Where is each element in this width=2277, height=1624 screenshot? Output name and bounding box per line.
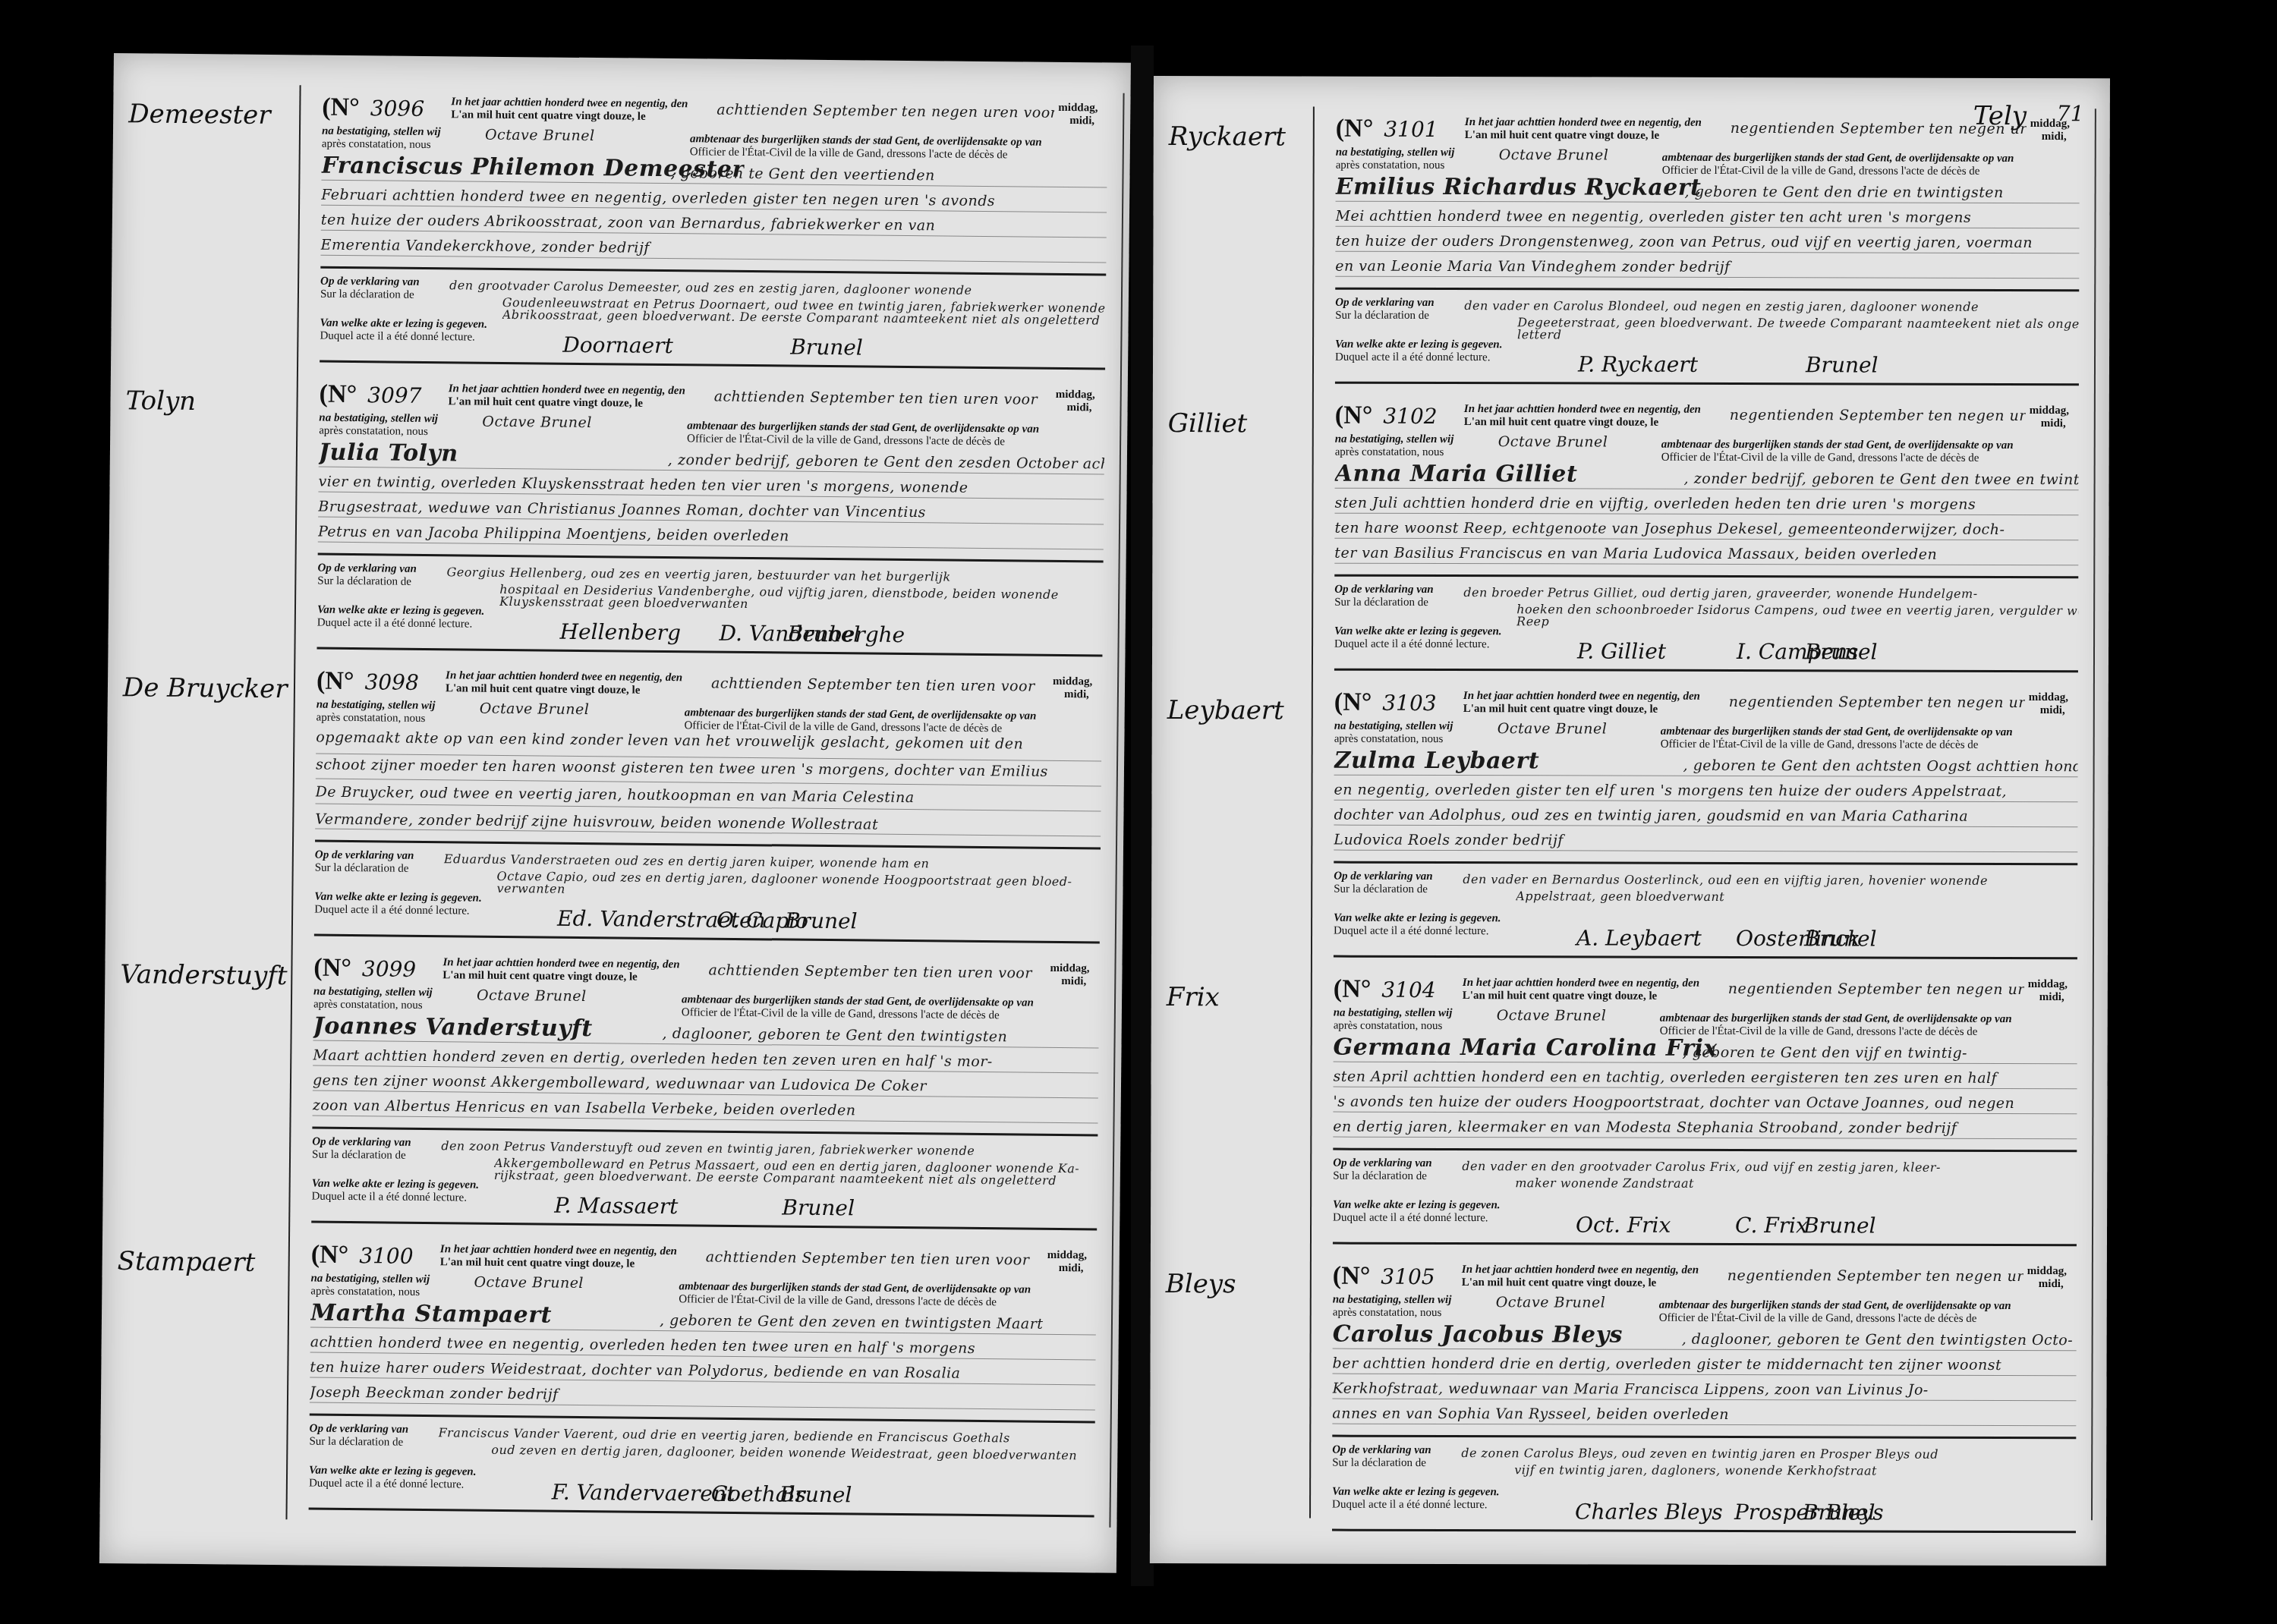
declarants: den zoon Petrus Vanderstuyft oud zeven e… (314, 946, 1107, 954)
after-nl: na bestatiging, stellen wij (319, 412, 438, 426)
read-fr: Duquel acte il a été donné lecture. (317, 617, 473, 631)
decl-nl: Op de verklaring van (315, 849, 414, 863)
declarant-signature: P. Gilliet (1577, 638, 1666, 663)
act-date: negentienden September ten negen uren vo… (1730, 407, 2026, 424)
after-fr: après constatation, nous (319, 425, 428, 439)
declarant-line: letterd (1517, 327, 2079, 343)
decl-nl: Op de verklaring van (1334, 584, 1433, 596)
margin-surname: Stampaert (118, 1246, 256, 1278)
intro-fr: L'an mil huit cent quatre vingt douze, l… (451, 109, 646, 123)
noon-fr: midi, (2039, 991, 2064, 1004)
declarant-line: vijf en twintig jaren, dagloners, wonend… (1514, 1462, 2076, 1478)
after-nl: na bestatiging, stellen wij (317, 699, 436, 713)
ruled-line (1333, 1137, 2077, 1140)
act-number: (N°3102 (1335, 401, 1438, 430)
act-number: (N°3097 (320, 380, 422, 410)
officer-name: Octave Brunel (1499, 146, 1609, 163)
officer-nl: ambtenaar des burgerlijken stands der st… (1661, 439, 2014, 452)
after-fr: après constatation, nous (322, 138, 431, 152)
body-line: ten huize harer ouders Weidestraat, doch… (310, 1359, 1095, 1383)
after-fr: après constatation, nous (317, 712, 426, 725)
officer-signature: Brunel (788, 622, 861, 647)
death-act: De Bruycker (N°3098 In het jaar achttien… (106, 657, 1125, 948)
officer-signature: Brunel (1805, 639, 1878, 664)
body-line: , geboren te Gent den zeven en twintigst… (660, 1312, 1096, 1333)
death-act: Bleys (N°3105 In het jaar achttien honde… (1150, 1254, 2107, 1537)
body-line: Joseph Beeckman zonder bedrijf (310, 1384, 1095, 1408)
noon-fr: midi, (2041, 417, 2066, 430)
section-rule (318, 553, 1104, 563)
act-number: (N°3100 (311, 1241, 414, 1270)
declarants: Georgius Hellenberg, oud zes en veertig … (320, 373, 1113, 380)
ruled-line (1334, 1062, 2077, 1065)
body-line: Emerentia Vandekerckhove, zonder bedrijf (320, 237, 1106, 261)
decl-fr: Sur la déclaration de (1334, 596, 1428, 609)
read-fr: Duquel acte il a été donné lecture. (1333, 1212, 1488, 1226)
signatures: Ed. VanderstraetenO. CapioBrunel (317, 659, 1110, 667)
death-act: Stampaert (N°3100 In het jaar achttien h… (100, 1231, 1120, 1522)
decl-fr: Sur la déclaration de (312, 1149, 406, 1163)
ruled-line (1332, 1399, 2076, 1402)
section-rule (320, 266, 1106, 276)
ruled-line (1334, 1087, 2077, 1090)
section-rule (1334, 574, 2078, 579)
death-act: Leybaert (N°3103 In het jaar achttien ho… (1151, 680, 2109, 963)
margin-surname: De Bruycker (123, 672, 288, 704)
intro-nl: In het jaar achttien honderd twee en neg… (1464, 403, 1701, 417)
section-rule (1334, 861, 2077, 866)
decl-fr: Sur la déclaration de (317, 575, 411, 589)
noon-fr: midi, (1059, 1262, 1084, 1275)
after-fr: après constatation, nous (313, 999, 423, 1012)
act-end-rule (1334, 669, 2078, 673)
declarant-line: de zonen Carolus Bleys, oud zeven en twi… (1461, 1446, 2076, 1462)
act-date: achttienden September ten negen uren voo… (716, 102, 1054, 121)
officer-name: Octave Brunel (480, 700, 590, 718)
officer-nl: ambtenaar des burgerlijken stands der st… (1662, 152, 2014, 165)
intro-fr: L'an mil huit cent quatre vingt douze, l… (442, 969, 638, 984)
margin-surname: Leybaert (1167, 695, 1284, 725)
signatures: Oct. FrixC. FrixBrunel (1334, 968, 2085, 970)
decl-nl: Op de verklaring van (310, 1423, 409, 1437)
decl-nl: Op de verklaring van (320, 275, 420, 289)
decl-nl: Op de verklaring van (1333, 1157, 1431, 1170)
officer-signature: Brunel (1803, 1213, 1876, 1238)
after-fr: après constatation, nous (1333, 1307, 1442, 1320)
ruled-line (1334, 563, 2078, 566)
read-nl: Van welke akte er lezing is gegeven. (1334, 625, 1501, 639)
decl-nl: Op de verklaring van (1335, 297, 1434, 310)
act-number: (N°3104 (1334, 975, 1436, 1004)
ruled-line (1335, 226, 2079, 229)
act-number: (N°3105 (1333, 1262, 1435, 1291)
act-end-rule (311, 1221, 1097, 1231)
act-end-rule (317, 647, 1102, 657)
declarants: den broeder Petrus Gilliet, oud dertig j… (1335, 394, 2086, 396)
noon-nl: middag, (1047, 1249, 1087, 1262)
body-line: Ludovica Roels zonder bedrijf (1334, 832, 2077, 851)
act-end-rule (1333, 1242, 2077, 1247)
officer-signature: Brunel (1806, 352, 1879, 377)
deceased-name: Julia Tolyn (319, 439, 458, 467)
noon-fr: midi, (1066, 401, 1091, 414)
death-act: Gilliet (N°3102 In het jaar achttien hon… (1152, 393, 2109, 676)
officer-fr: Officier de l'État-Civil de la ville de … (687, 433, 1005, 448)
deceased-name: Zulma Leybaert (1334, 747, 1540, 775)
officer-nl: ambtenaar des burgerlijken stands der st… (1660, 1012, 2012, 1026)
officer-signature: Brunel (782, 1195, 855, 1221)
read-nl: Van welke akte er lezing is gegeven. (317, 604, 485, 618)
ruled-line (1334, 775, 2078, 778)
decl-nl: Op de verklaring van (317, 562, 417, 576)
body-line: Maart achttien honderd zeven en dertig, … (313, 1047, 1098, 1072)
section-rule (312, 1127, 1098, 1137)
body-line: ten huize der ouders Drongenstenweg, zoo… (1335, 233, 2079, 252)
act-body: , geboren te Gent den vijf en twintig-st… (1334, 968, 2085, 970)
deceased-name: Martha Stampaert (310, 1300, 552, 1329)
margin-surname: Frix (1167, 982, 1220, 1012)
officer-fr: Officier de l'État-Civil de la ville de … (1661, 452, 1979, 465)
intro-nl: In het jaar achttien honderd twee en neg… (1465, 116, 1702, 130)
act-body: , zonder bedrijf, geboren te Gent den tw… (1335, 394, 2086, 396)
ruled-line (1333, 1374, 2077, 1377)
declarant-line: oud zeven en dertig jaren, daglooner, be… (491, 1443, 1094, 1463)
body-line: zoon van Albertus Henricus en van Isabel… (313, 1097, 1098, 1122)
act-body: , geboren te Gent den veertiendenFebruar… (323, 86, 1116, 93)
ruled-line (1334, 513, 2078, 516)
act-date: negentienden September ten negen uren vo… (1728, 980, 2024, 998)
ruled-line (1334, 825, 2077, 828)
after-nl: na bestatiging, stellen wij (310, 1273, 430, 1287)
signatures: P. MassaertBrunel (314, 946, 1107, 954)
decl-nl: Op de verklaring van (1334, 870, 1432, 883)
body-line: , daglooner, geboren te Gent den twintig… (663, 1025, 1099, 1046)
declarant-signature: Oct. Frix (1576, 1212, 1671, 1237)
decl-fr: Sur la déclaration de (1332, 1457, 1426, 1470)
noon-fr: midi, (2040, 704, 2065, 717)
body-line: sten April achttien honderd een en tacht… (1334, 1069, 2077, 1087)
intro-nl: In het jaar achttien honderd twee en neg… (1463, 690, 1700, 703)
read-nl: Van welke akte er lezing is gegeven. (309, 1465, 477, 1479)
deceased-name: Germana Maria Carolina Frix (1334, 1034, 1718, 1062)
decl-fr: Sur la déclaration de (315, 862, 409, 876)
act-end-rule (320, 360, 1105, 370)
act-number: (N°3098 (317, 667, 419, 697)
act-number: (N°3096 (322, 93, 424, 123)
body-line: , daglooner, geboren te Gent den twintig… (1682, 1331, 2077, 1349)
section-rule (315, 840, 1101, 850)
officer-fr: Officier de l'État-Civil de la ville de … (1659, 1312, 1977, 1326)
noon-fr: midi, (1064, 688, 1089, 701)
margin-surname: Bleys (1166, 1269, 1236, 1299)
deceased-name: Emilius Richardus Ryckaert (1336, 174, 1702, 201)
death-act: Tolyn (N°3097 In het jaar achttien honde… (108, 370, 1127, 661)
body-line: vier en twintig, overleden Kluyskensstra… (318, 474, 1104, 498)
death-act: Frix (N°3104 In het jaar achttien honder… (1151, 967, 2108, 1250)
margin-surname: Ryckaert (1169, 121, 1286, 152)
decl-fr: Sur la déclaration de (1335, 310, 1429, 323)
act-body: , zonder bedrijf, geboren te Gent den ze… (320, 373, 1113, 380)
after-nl: na bestatiging, stellen wij (1333, 1294, 1452, 1307)
declarant-signature: C. Frix (1735, 1213, 1808, 1238)
act-end-rule (1334, 955, 2077, 960)
section-rule (1332, 1435, 2076, 1440)
read-fr: Duquel acte il a été donné lecture. (311, 1191, 467, 1205)
read-fr: Duquel acte il a été donné lecture. (309, 1478, 465, 1492)
signatures: DoornaertBrunel (323, 86, 1116, 93)
officer-signature: Brunel (779, 1482, 852, 1508)
after-fr: après constatation, nous (1334, 1020, 1443, 1033)
body-line: en dertig jaren, kleermaker en van Modes… (1333, 1119, 2077, 1138)
act-date: negentienden September ten negen uren vo… (1727, 1267, 2023, 1285)
act-date: achttienden September ten tien uren voor (708, 962, 1046, 982)
noon-nl: middag, (1053, 675, 1092, 688)
officer-signature: Brunel (1803, 1500, 1875, 1525)
body-line: achttien honderd twee en negentig, overl… (310, 1334, 1096, 1358)
ruled-line (1334, 800, 2078, 803)
decl-fr: Sur la déclaration de (1334, 883, 1428, 896)
noon-nl: middag, (2030, 118, 2070, 131)
ruled-line (1335, 488, 2079, 491)
after-nl: na bestatiging, stellen wij (1334, 720, 1453, 733)
officer-fr: Officier de l'État-Civil de la ville de … (1661, 738, 1979, 752)
act-date: achttienden September ten tien uren voor (711, 675, 1049, 695)
signatures: P. GillietI. CampensBrunel (1335, 394, 2086, 396)
after-nl: na bestatiging, stellen wij (313, 986, 433, 1000)
ruled-line (1336, 201, 2080, 204)
act-body: , daglooner, geboren te Gent den twintig… (314, 946, 1107, 954)
signatures: HellenbergD. VandenbergheBrunel (320, 373, 1113, 380)
body-line: , zonder bedrijf, geboren te Gent den tw… (1684, 471, 2079, 488)
ruled-line (1334, 538, 2078, 541)
noon-nl: middag, (2029, 691, 2068, 704)
officer-name: Octave Brunel (474, 1274, 584, 1292)
officer-name: Octave Brunel (1497, 1007, 1607, 1024)
left-page: Demeester (N°3096 In het jaar achttien h… (99, 53, 1131, 1573)
deceased-name: Anna Maria Gilliet (1335, 461, 1578, 488)
read-nl: Van welke akte er lezing is gegeven. (1334, 912, 1501, 926)
declarant-signature: A. Leybaert (1576, 925, 1702, 950)
ruled-line (1333, 1349, 2077, 1352)
intro-nl: In het jaar achttien honderd twee en neg… (1462, 1264, 1699, 1277)
act-date: achttienden September ten tien uren voor (706, 1249, 1044, 1269)
act-end-rule (1335, 382, 2079, 386)
body-line: ten hare woonst Reep, echtgenoote van Jo… (1334, 520, 2078, 539)
body-line: dochter van Adolphus, oud zes en twintig… (1334, 807, 2077, 826)
right-page: Tely 71 Ryckaert (N°3101 In het jaar ach… (1150, 76, 2110, 1566)
after-nl: na bestatiging, stellen wij (322, 125, 441, 140)
margin-surname: Gilliet (1168, 408, 1248, 439)
deceased-name: Joannes Vanderstuyft (313, 1013, 593, 1043)
act-end-rule (314, 934, 1100, 944)
noon-nl: middag, (1056, 389, 1095, 401)
body-line: Petrus en van Jacoba Philippina Moentjen… (318, 524, 1104, 548)
read-nl: Van welke akte er lezing is gegeven. (312, 1178, 480, 1192)
after-fr: après constatation, nous (1334, 733, 1444, 746)
body-line: Kerkhofstraat, weduwnaar van Maria Franc… (1332, 1380, 2076, 1399)
signatures: Charles BleysProsper BleysBrunel (1333, 1254, 2084, 1257)
signatures: A. LeybaertOosterlinckBrunel (1334, 681, 2086, 683)
read-nl: Van welke akte er lezing is gegeven. (1332, 1486, 1499, 1500)
after-nl: na bestatiging, stellen wij (1336, 146, 1455, 159)
decl-fr: Sur la déclaration de (1333, 1170, 1427, 1183)
noon-nl: middag, (2030, 404, 2069, 417)
officer-fr: Officier de l'État-Civil de la ville de … (679, 1293, 997, 1309)
declarants: den vader en Bernardus Oosterlinck, oud … (1334, 681, 2086, 683)
declarants: den vader en den grootvader Carolus Frix… (1334, 968, 2085, 970)
declarant-line: den broeder Petrus Gilliet, oud dertig j… (1463, 585, 2078, 601)
declarant-signature: Doornaert (562, 332, 673, 358)
read-fr: Duquel acte il a été donné lecture. (1334, 925, 1489, 939)
noon-fr: midi, (1069, 115, 1094, 127)
officer-name: Octave Brunel (1498, 433, 1608, 450)
noon-fr: midi, (2042, 131, 2067, 143)
ruled-line (1335, 251, 2079, 254)
body-line: Brugsestraat, weduwe van Christianus Joa… (318, 499, 1104, 523)
declarant-signature: F. Vandervaerent (552, 1480, 735, 1506)
after-fr: après constatation, nous (1336, 159, 1445, 172)
declarants: den grootvader Carolus Demeester, oud ze… (323, 86, 1116, 93)
body-line: , geboren te Gent den drie en twintigste… (1685, 184, 2080, 201)
read-fr: Duquel acte il a été donné lecture. (320, 330, 475, 345)
act-number: (N°3103 (1334, 688, 1437, 717)
declarant-line: maker wonende Zandstraat (1515, 1176, 2077, 1191)
act-body: , geboren te Gent den zeven en twintigst… (311, 1233, 1104, 1241)
officer-name: Octave Brunel (477, 987, 587, 1005)
acts-list-left: Demeester (N°3096 In het jaar achttien h… (114, 53, 1131, 63)
intro-nl: In het jaar achttien honderd twee en neg… (1463, 977, 1699, 990)
decl-fr: Sur la déclaration de (309, 1436, 403, 1449)
officer-name: Octave Brunel (485, 127, 595, 144)
declarant-line: den vader en Bernardus Oosterlinck, oud … (1463, 872, 2077, 888)
body-line: Februari achttien honderd twee en negent… (321, 187, 1107, 211)
act-date: negentienden September ten negen uren vo… (1731, 120, 2027, 137)
act-number: (N°3099 (313, 954, 416, 984)
body-line: , geboren te Gent den vijf en twintig- (1683, 1044, 2077, 1062)
body-line: en negentig, overleden gister ten elf ur… (1334, 782, 2078, 801)
decl-nl: Op de verklaring van (312, 1136, 411, 1150)
read-fr: Duquel acte il a été donné lecture. (314, 904, 470, 918)
body-line: en van Leonie Maria Van Vindeghem zonder… (1335, 258, 2079, 277)
section-rule (1333, 1148, 2077, 1153)
read-fr: Duquel acte il a été donné lecture. (1334, 638, 1490, 652)
read-nl: Van welke akte er lezing is gegeven. (1335, 338, 1502, 352)
margin-surname: Vanderstuyft (120, 959, 288, 991)
ruled-line (1335, 276, 2079, 279)
deceased-name: Carolus Jacobus Bleys (1333, 1321, 1623, 1349)
officer-signature: Brunel (1804, 926, 1877, 951)
noon-fr: midi, (2039, 1278, 2064, 1291)
decl-nl: Op de verklaring van (1332, 1444, 1431, 1457)
act-end-rule (1332, 1529, 2076, 1534)
death-act: Vanderstuyft (N°3099 In het jaar achttie… (102, 944, 1122, 1235)
decl-fr: Sur la déclaration de (320, 288, 414, 302)
body-line: ten huize der ouders Abrikoosstraat, zoo… (321, 212, 1107, 236)
declarant-signature: Hellenberg (560, 619, 682, 646)
act-date: negentienden September ten negen uren vo… (1729, 694, 2025, 711)
body-line: gens ten zijner woonst Akkergembolleward… (313, 1072, 1098, 1097)
ruled-line (1333, 1112, 2077, 1115)
acts-list-right: Ryckaert (N°3101 In het jaar achttien ho… (1154, 76, 2110, 78)
declarants: Franciscus Vander Vaerent, oud drie en v… (311, 1233, 1104, 1241)
act-body: opgemaakt akte op van een kind zonder le… (317, 659, 1110, 667)
read-nl: Van welke akte er lezing is gegeven. (320, 317, 488, 332)
officer-nl: ambtenaar des burgerlijken stands der st… (1661, 725, 2013, 739)
declarant-signature: Charles Bleys (1575, 1499, 1723, 1525)
after-nl: na bestatiging, stellen wij (1335, 433, 1454, 446)
ruled-line (1334, 850, 2077, 853)
noon-fr: midi, (1061, 975, 1086, 988)
noon-nl: middag, (2028, 978, 2068, 991)
declarant-line: den vader en Carolus Blondeel, oud negen… (1464, 298, 2079, 314)
body-line: ter van Basilius Franciscus en van Maria… (1334, 545, 2078, 564)
act-date: achttienden September ten tien uren voor (714, 389, 1052, 408)
section-rule (310, 1414, 1095, 1424)
intro-fr: L'an mil huit cent quatre vingt douze, l… (1463, 703, 1658, 716)
death-act: Ryckaert (N°3101 In het jaar achttien ho… (1153, 106, 2110, 389)
intro-fr: L'an mil huit cent quatre vingt douze, l… (449, 395, 644, 410)
noon-nl: middag, (2027, 1265, 2067, 1278)
body-line: sten Juli achttien honderd drie en vijft… (1334, 495, 2078, 514)
officer-nl: ambtenaar des burgerlijken stands der st… (1659, 1299, 2011, 1313)
declarant-line: den vader en den grootvader Carolus Frix… (1462, 1159, 2077, 1175)
intro-fr: L'an mil huit cent quatre vingt douze, l… (1463, 990, 1657, 1003)
intro-fr: L'an mil huit cent quatre vingt douze, l… (446, 682, 641, 697)
after-nl: na bestatiging, stellen wij (1334, 1007, 1453, 1020)
after-fr: après constatation, nous (1335, 446, 1444, 459)
officer-name: Octave Brunel (482, 414, 592, 431)
margin-surname: Demeester (128, 99, 271, 131)
body-line: , geboren te Gent den achtsten Oogst ach… (1683, 757, 2078, 775)
intro-fr: L'an mil huit cent quatre vingt douze, l… (440, 1256, 635, 1270)
declarant-signature: P. Massaert (554, 1193, 678, 1220)
intro-fr: L'an mil huit cent quatre vingt douze, l… (1462, 1276, 1656, 1290)
death-act: Demeester (N°3096 In het jaar achttien h… (111, 83, 1130, 374)
ruled-line (1332, 1424, 2076, 1427)
declarants: Eduardus Vanderstraeten oud zes en derti… (317, 659, 1110, 667)
margin-surname: Tolyn (125, 386, 196, 417)
section-rule (1335, 288, 2079, 292)
body-line: ber achttien honderd drie en dertig, ove… (1333, 1355, 2077, 1374)
signatures: F. VandervaerentGoethalsBrunel (311, 1233, 1104, 1241)
declarant-line: Reep (1516, 614, 2078, 630)
intro-fr: L'an mil huit cent quatre vingt douze, l… (1464, 416, 1658, 430)
officer-fr: Officier de l'État-Civil de la ville de … (1662, 165, 1980, 178)
officer-name: Octave Brunel (1498, 720, 1608, 737)
declarant-line: Appelstraat, geen bloedverwant (1516, 889, 2077, 905)
read-nl: Van welke akte er lezing is gegeven. (1333, 1199, 1500, 1213)
body-line: 's avonds ten huize der ouders Hoogpoort… (1333, 1094, 2077, 1113)
body-line: Mei achttien honderd twee en negentig, o… (1335, 208, 2079, 227)
intro-fr: L'an mil huit cent quatre vingt douze, l… (1465, 129, 1659, 143)
officer-signature: Brunel (790, 335, 863, 360)
act-end-rule (309, 1508, 1094, 1518)
after-fr: après constatation, nous (310, 1286, 420, 1299)
act-body: , geboren te Gent den achtsten Oogst ach… (1334, 681, 2086, 683)
noon-nl: middag, (1058, 102, 1098, 115)
read-fr: Duquel acte il a été donné lecture. (1335, 351, 1491, 365)
body-line: annes en van Sophia Van Rysseel, beiden … (1332, 1405, 2076, 1424)
act-body: , daglooner, geboren te Gent den twintig… (1333, 1254, 2084, 1257)
officer-name: Octave Brunel (1496, 1294, 1606, 1311)
officer-signature: Brunel (785, 908, 858, 934)
declarant-signature: P. Ryckaert (1578, 351, 1698, 376)
noon-nl: middag, (1050, 962, 1089, 975)
officer-fr: Officier de l'État-Civil de la ville de … (682, 1006, 1000, 1022)
act-number: (N°3101 (1336, 115, 1438, 143)
read-fr: Duquel acte il a été donné lecture. (1332, 1499, 1488, 1512)
declarants: de zonen Carolus Bleys, oud zeven en twi… (1333, 1254, 2084, 1257)
